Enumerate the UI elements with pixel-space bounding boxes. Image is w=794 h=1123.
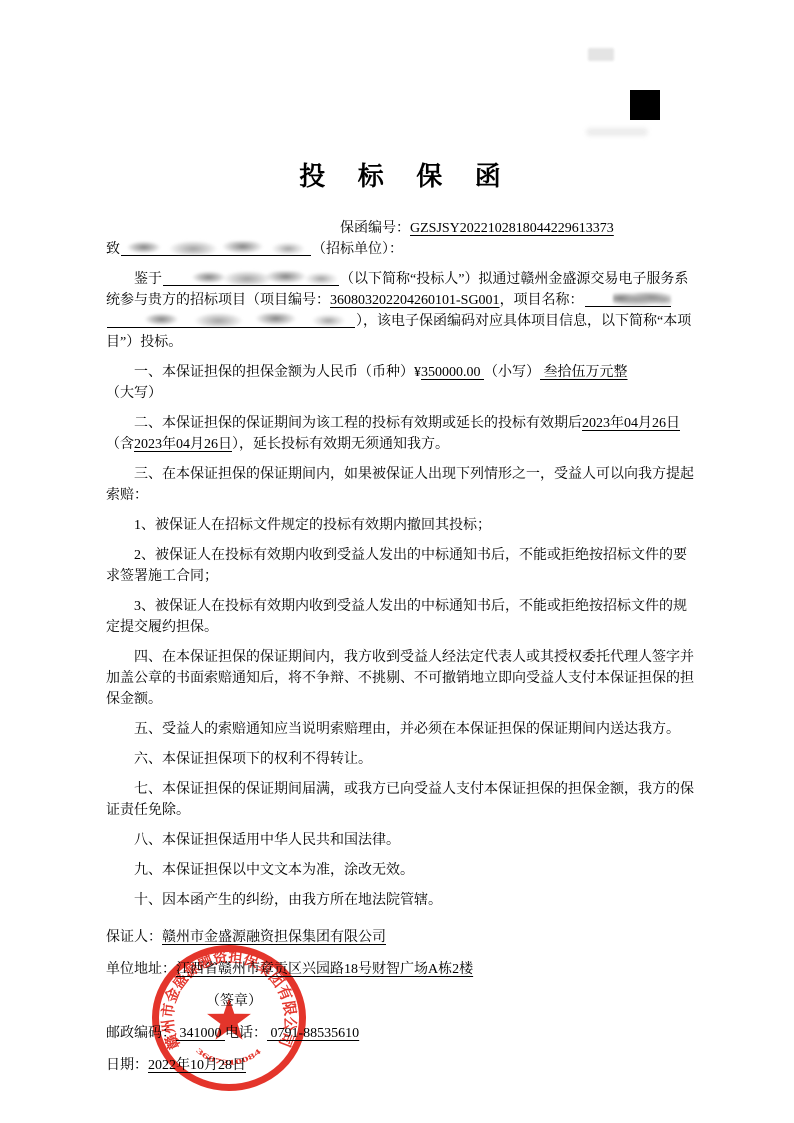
- text-run: 一、本保证担保的担保金额为人民币（币种）¥: [134, 365, 421, 380]
- text-run: 3、被保证人在投标有效期内收到受益人发出的中标通知书后，不能或拒绝按招标文件的规…: [106, 599, 687, 635]
- text-run: ，项目名称：: [500, 293, 584, 308]
- paragraph: 九、本保证担保以中文文本为准，涂改无效。: [106, 860, 694, 881]
- paragraph: 五、受益人的索赔通知应当说明索赔理由，并必须在本保证担保的保证期间内送达我方。: [106, 719, 694, 740]
- underlined-text: 叁拾伍万元整: [540, 365, 628, 380]
- paragraph: 1、被保证人在招标文件规定的投标有效期内撤回其投标；: [106, 515, 694, 536]
- text-run: 五、受益人的索赔通知应当说明索赔理由，并必须在本保证担保的保证期间内送达我方。: [134, 722, 680, 737]
- text-run: （小写）: [484, 365, 540, 380]
- paragraph: 2、被保证人在投标有效期内收到受益人发出的中标通知书后，不能或拒绝按招标文件的要…: [106, 545, 694, 587]
- redaction-underline: [585, 292, 671, 307]
- paragraph: 保函编号：GZSJSY2022102818044229613373: [340, 218, 694, 239]
- text-run: 二、本保证担保的保证期间为该工程的投标有效期或延长的投标有效期后: [134, 416, 582, 431]
- text-run: 鉴于: [134, 272, 162, 287]
- redaction-smudge: [191, 271, 339, 285]
- paragraph: 三、在本保证担保的保证期间内，如果被保证人出现下列情形之一，受益人可以向我方提起…: [106, 464, 694, 506]
- paragraph: 一、本保证担保的担保金额为人民币（币种）¥350000.00 （小写） 叁拾伍万…: [106, 362, 694, 383]
- paragraph: 二、本保证担保的保证期间为该工程的投标有效期或延长的投标有效期后2023年04月…: [106, 413, 694, 455]
- scan-artifact-black-square: [630, 90, 660, 120]
- underlined-text: 350000.00: [421, 365, 484, 380]
- text-run: 十、因本函产生的纠纷，由我方所在地法院管辖。: [134, 893, 442, 908]
- redaction-smudge: [135, 313, 355, 327]
- text-run: 1、被保证人在招标文件规定的投标有效期内撤回其投标；: [134, 518, 491, 533]
- redaction-smudge: [613, 292, 671, 306]
- paragraph: 六、本保证担保项下的权利不得转让。: [106, 749, 694, 770]
- text-run: 六、本保证担保项下的权利不得转让。: [134, 752, 372, 767]
- redaction-smudge: [121, 241, 311, 255]
- paragraph: 十、因本函产生的纠纷，由我方所在地法院管辖。: [106, 890, 694, 911]
- text-run: （招标单位）：: [312, 242, 403, 257]
- paragraph: 四、在本保证担保的保证期间内，我方收到受益人经法定代表人或其授权委托代理人签字并…: [106, 647, 694, 710]
- text-run: 七、本保证担保的保证期间届满，或我方已向受益人支付本保证担保的担保金额，我方的保…: [106, 782, 694, 818]
- document-page: 投 标 保 函 保函编号：GZSJSY202210281804422961337…: [0, 0, 794, 1123]
- scan-smudge: [588, 48, 614, 61]
- text-run: 九、本保证担保以中文文本为准，涂改无效。: [134, 863, 414, 878]
- underlined-text: 2023年04月26日: [134, 437, 232, 452]
- text-run: 致: [106, 242, 120, 257]
- underlined-text: 2023年04月26日: [582, 416, 680, 431]
- text-run: 保函编号：: [340, 221, 410, 236]
- text-run: 2、被保证人在投标有效期内收到受益人发出的中标通知书后，不能或拒绝按招标文件的要…: [106, 548, 687, 584]
- paragraph: 七、本保证担保的保证期间届满，或我方已向受益人支付本保证担保的担保金额，我方的保…: [106, 779, 694, 821]
- text-run: 日期：: [106, 1058, 148, 1073]
- text-run: （含: [106, 437, 134, 452]
- redaction-underline: [121, 241, 311, 256]
- text-run: 四、在本保证担保的保证期间内，我方收到受益人经法定代表人或其授权委托代理人签字并…: [106, 650, 694, 707]
- underlined-text: 360803202204260101-SG001: [330, 293, 500, 308]
- scan-smudge: [586, 128, 648, 136]
- paragraph: 鉴于（以下简称“投标人”）拟通过赣州金盛源交易电子服务系统参与贵方的招标项目（项…: [106, 269, 694, 353]
- text-run: 三、在本保证担保的保证期间内，如果被保证人出现下列情形之一，受益人可以向我方提起…: [106, 467, 694, 503]
- paragraph: （大写）: [106, 383, 694, 404]
- paragraph: 致（招标单位）：: [106, 239, 694, 260]
- text-run: ），延长投标有效期无须通知我方。: [232, 437, 449, 452]
- document-title: 投 标 保 函: [106, 160, 694, 194]
- paragraph: 八、本保证担保适用中华人民共和国法律。: [106, 830, 694, 851]
- seal-star-icon: [207, 998, 251, 1040]
- redaction-underline: [163, 271, 339, 286]
- text-run: （大写）: [106, 386, 162, 401]
- redaction-underline: [107, 313, 355, 328]
- text-run: 八、本保证担保适用中华人民共和国法律。: [134, 833, 400, 848]
- paragraph: 3、被保证人在投标有效期内收到受益人发出的中标通知书后，不能或拒绝按招标文件的规…: [106, 596, 694, 638]
- underlined-text: GZSJSY2022102818044229613373: [410, 221, 614, 236]
- company-seal-stamp: 赣州市金盛源融资担保集团有限公司 3607210084844: [150, 941, 308, 1095]
